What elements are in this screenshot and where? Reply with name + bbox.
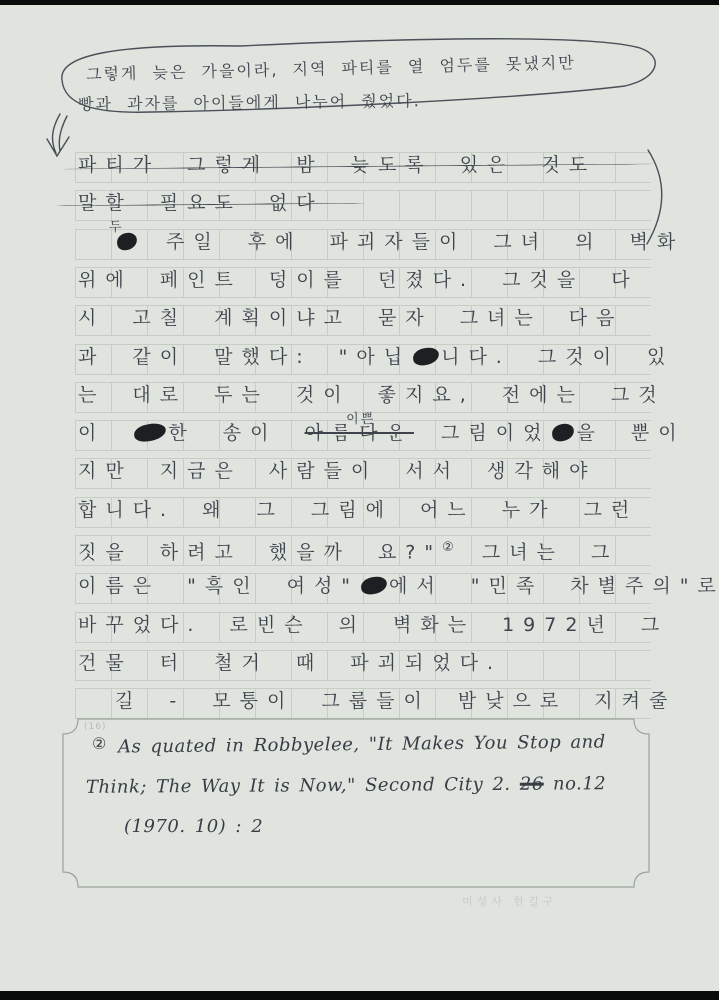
manuscript-line-text: 과 같이 말했다: "아닙니다. 그것이 있: [78, 342, 674, 372]
ink-scribble: [551, 423, 575, 443]
manuscript-line: 건물 터 철거 때 파괴되었다.: [75, 650, 651, 681]
correction-new-text: 두: [109, 213, 131, 243]
scan-edge-bottom: [0, 991, 719, 1000]
printer-mark: 미성사 한길구: [462, 893, 557, 909]
footnote-marker: ②: [92, 734, 107, 753]
overwritten-character: 두: [115, 227, 139, 257]
manuscript-line: 과 같이 말했다: "아닙니다. 그것이 있: [75, 344, 651, 375]
manuscript-line: 짓을 하려고 했을까 요?"② 그녀는 그: [75, 535, 651, 566]
manuscript-line-text: 길 - 모퉁이 그룹들이 밤낮으로 지켜줄: [115, 686, 676, 716]
ink-scribble: [133, 422, 167, 443]
manuscript-line: 이 한 송이 아름다운이쁜 그림이었을 뿐이: [75, 420, 651, 451]
footnote-line-3: (1970. 10) : 2: [124, 816, 263, 837]
down-arrow-icon: [47, 114, 69, 156]
manuscript-line-text: 이 한 송이 아름다운이쁜 그림이었을 뿐이: [78, 418, 686, 448]
right-parenthesis-stroke: [644, 148, 684, 248]
manuscript-line-text: 건물 터 철거 때 파괴되었다.: [78, 648, 502, 678]
manuscript-line-text: 이름은 "흑인 여성"에서 "민족 차별주의"로: [78, 571, 719, 601]
footnote-line2-pre: Think; The Way It is Now," Second City 2…: [86, 774, 511, 798]
manuscript-line: 합니다. 왜 그 그림에 어느 누가 그런: [75, 497, 651, 528]
manuscript-grid: 파티가 그렇게 밤 늦도록 있은 것도말할 필요도 없다두 주일 후에 파괴자들…: [75, 152, 651, 718]
bubble-text-line2: 빵과 과자를 아이들에게 나누어 줬었다.: [78, 88, 421, 115]
manuscript-line: 지만 지금은 사람들이 서서 생각해야: [75, 458, 651, 489]
manuscript-line-text: 두 주일 후에 파괴자들이 그녀 의 벽화: [115, 227, 684, 257]
manuscript-line-text: 짓을 하려고 했을까 요?"② 그녀는 그: [78, 533, 618, 567]
corner-note: (16): [84, 722, 106, 732]
manuscript-line: 파티가 그렇게 밤 늦도록 있은 것도: [75, 152, 651, 183]
manuscript-line-text: 시 고칠 계획이냐고 묻자 그녀는 다음: [78, 303, 624, 333]
manuscript-line: 길 - 모퉁이 그룹들이 밤낮으로 지켜줄: [75, 688, 651, 719]
handwritten-correction: 아름다운이쁜: [305, 418, 414, 448]
manuscript-line-text: 위에 페인트 덩이를 던졌다. 그것을 다: [78, 265, 639, 295]
footnote-line-2: Think; The Way It is Now," Second City 2…: [86, 773, 606, 798]
manuscript-line-text: 합니다. 왜 그 그림에 어느 누가 그런: [78, 495, 638, 525]
document-page: 그렇게 늦은 가을이라, 지역 파티를 열 엄두를 못냈지만 빵과 과자를 아이…: [0, 0, 719, 1000]
correction-new-text: 이쁜: [346, 405, 375, 435]
footnote-line2-post: no.12: [553, 773, 606, 794]
footnote-box: (16) ② As quated in Robbyelee, "It Makes…: [62, 718, 650, 888]
manuscript-line: 바꾸었다. 로빈슨 의 벽화는 1972년 그: [75, 612, 651, 643]
ink-scribble: [412, 346, 440, 366]
manuscript-line: 시 고칠 계획이냐고 묻자 그녀는 다음: [75, 305, 651, 336]
manuscript-line: 위에 페인트 덩이를 던졌다. 그것을 다: [75, 267, 651, 298]
scribbled-number: 26: [520, 774, 544, 795]
manuscript-line: 두 주일 후에 파괴자들이 그녀 의 벽화: [75, 229, 651, 260]
manuscript-line-text: 지만 지금은 사람들이 서서 생각해야: [78, 456, 596, 486]
ink-scribble: [360, 576, 388, 596]
manuscript-line: 이름은 "흑인 여성"에서 "민족 차별주의"로: [75, 573, 651, 604]
manuscript-line-text: 바꾸었다. 로빈슨 의 벽화는 1972년 그: [78, 610, 668, 640]
scan-edge-top: [0, 0, 719, 5]
manuscript-line: 말할 필요도 없다: [75, 190, 651, 221]
footnote-reference-mark: ②: [442, 540, 455, 555]
